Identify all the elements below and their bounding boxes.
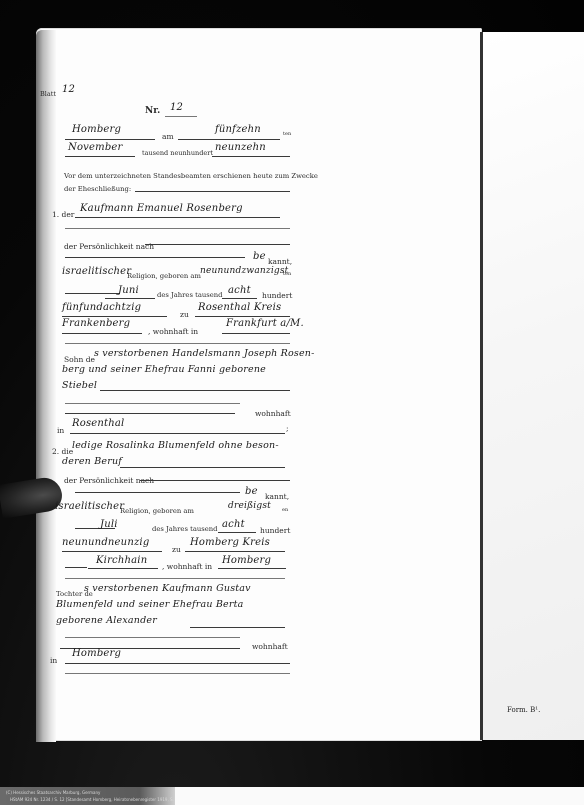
registry-day: fünfzehn — [215, 124, 261, 135]
groom-residence-label: , wohnhaft in — [148, 327, 198, 336]
bride-century: acht — [222, 519, 245, 530]
blatt-label: Blatt — [40, 90, 56, 98]
groom-parents-prefix: Sohn de — [64, 355, 95, 364]
bride-day-suffix: en — [282, 507, 288, 513]
footer-copyright: (C) Hessisches Staatsarchiv Marburg, Ger… — [6, 790, 100, 795]
bride-birth-day: dreißigst — [228, 501, 271, 511]
groom-year-label: des Jahres tausend — [157, 291, 223, 299]
bride-birth-place-1: Homberg Kreis — [190, 537, 270, 548]
day-suffix: ten — [283, 131, 291, 137]
groom-day-suffix: ten — [283, 271, 291, 277]
bride-parents-line1: s verstorbenen Kaufmann Gustav — [84, 583, 251, 594]
bride-hundert-label: hundert — [260, 526, 290, 535]
bride-birth-place-2: Kirchhain — [96, 555, 147, 566]
bride-parents-line2: Blumenfeld und seiner Ehefrau Berta — [56, 599, 244, 610]
groom-century: acht — [228, 285, 251, 296]
intro-line1: Vor dem unterzeichneten Standesbeamten e… — [64, 172, 318, 180]
groom-parents-line2: berg und seiner Ehefrau Fanni geborene — [62, 364, 266, 375]
am-label: am — [162, 132, 174, 141]
intro-line2: der Eheschließung: — [64, 185, 131, 193]
bride-known-label: kannt, — [265, 492, 289, 501]
groom-identity-label: der Persönlichkeit nach — [64, 242, 154, 251]
bride-residence: Homberg — [222, 555, 271, 566]
groom-birth-day: neunundzwanzigst — [200, 266, 289, 276]
archive-footer: (C) Hessisches Staatsarchiv Marburg, Ger… — [0, 787, 175, 805]
bride-residence-label: , wohnhaft in — [162, 562, 212, 571]
nr-value: 12 — [170, 102, 183, 113]
groom-birth-place-1: Rosenthal Kreis — [198, 302, 281, 313]
nr-label: Nr. — [145, 106, 160, 116]
bride-zu-label: zu — [172, 545, 181, 554]
bride-year-label: des Jahres tausend — [152, 525, 218, 533]
groom-parents-residence-label: wohnhaft — [255, 409, 291, 418]
groom-index: 1. der — [52, 210, 74, 219]
groom-birth-place-2: Frankenberg — [62, 318, 130, 329]
registry-place: Homberg — [72, 124, 121, 135]
groom-parents-line3: Stiebel — [62, 380, 97, 391]
groom-birth-year: fünfundachtzig — [62, 302, 141, 313]
groom-known: be — [253, 251, 266, 262]
registry-month: November — [68, 142, 123, 153]
groom-end-mark: ; — [286, 424, 289, 433]
bride-birth-month: Juli — [100, 519, 118, 530]
groom-residence: Frankfurt a/M. — [226, 318, 304, 329]
groom-parents-in-label: in — [57, 426, 64, 435]
groom-religion: israelitischer — [62, 266, 131, 277]
footer-blank-area — [175, 787, 584, 805]
bride-parents-line3: geborene Alexander — [56, 615, 157, 626]
groom-religion-label: Religion, geboren am — [127, 272, 201, 280]
groom-birth-month: Juni — [118, 285, 139, 296]
groom-zu-label: zu — [180, 310, 189, 319]
groom-parents-line1: s verstorbenen Handelsmann Joseph Rosen- — [94, 348, 315, 359]
bride-name-line1: ledige Rosalinka Blumenfeld ohne beson- — [72, 440, 279, 451]
bride-known: be — [245, 486, 258, 497]
bride-birth-year: neunundneunzig — [62, 537, 149, 548]
registry-year: neunzehn — [215, 142, 266, 153]
groom-hundert-label: hundert — [262, 291, 292, 300]
groom-name: Kaufmann Emanuel Rosenberg — [80, 203, 243, 214]
groom-known-label: kannt, — [268, 257, 292, 266]
blatt-value: 12 — [62, 84, 75, 95]
bride-religion: israelitischer — [55, 501, 124, 512]
groom-parents-residence: Rosenthal — [72, 418, 124, 429]
bride-parents-residence-label: wohnhaft — [252, 642, 288, 651]
bride-religion-label: Religion, geboren am — [120, 507, 194, 515]
bride-parents-in-label: in — [50, 656, 57, 665]
marriage-record: Blatt 12 Nr. 12 Homberg am fünfzehn ten … — [0, 0, 584, 805]
footer-citation: HStAM 924 Nr. 1234 / S. 12 [Standesamt H… — [10, 797, 182, 802]
bride-index: 2. die — [52, 447, 73, 456]
year-prefix: tausend neunhundert — [142, 149, 213, 157]
bride-name-line2: deren Beruf — [62, 456, 122, 467]
bride-parents-residence: Homberg — [72, 648, 121, 659]
